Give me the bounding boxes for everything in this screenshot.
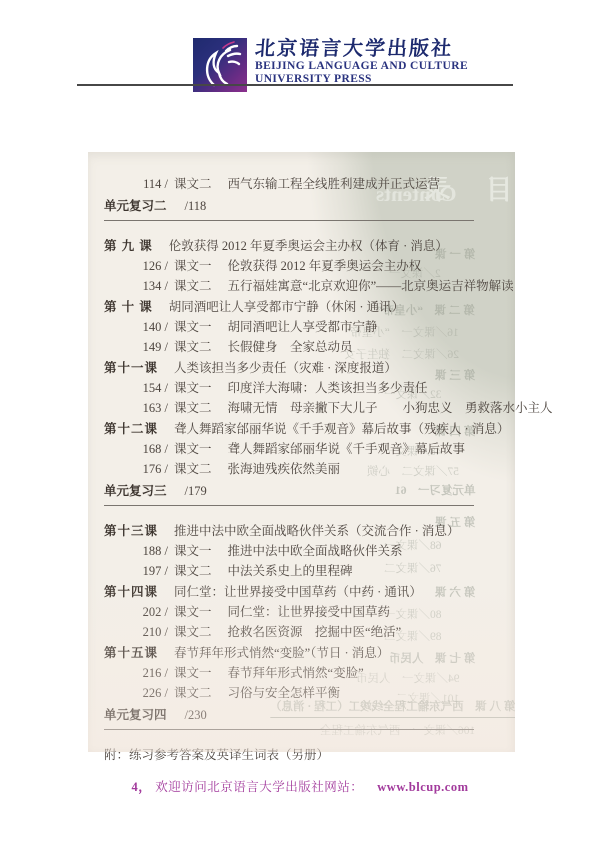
- toc-row-text: 210 /课文二抢救名医资源 挖掘中医“绝活”: [104, 622, 507, 642]
- toc-row-text: 188 /课文一推进中法中欧全面战略伙伴关系: [104, 541, 507, 561]
- footer-page-number: 4，: [131, 780, 151, 794]
- toc-row-lesson: 第十三课推进中法中欧全面战略伙伴关系（交流合作 · 消息）: [104, 521, 507, 541]
- toc-row-lesson: 第 九 课伦敦获得 2012 年夏季奥运会主办权（体育 · 消息）: [104, 236, 507, 256]
- toc-row-text: 197 /课文二中法关系史上的里程碑: [104, 561, 507, 581]
- toc-row-lesson: 第十二课聋人舞蹈家邰丽华说《千手观音》幕后故事（残疾人 · 消息）: [104, 419, 507, 439]
- page-footer: 4，欢迎访问北京语言大学出版社网站：www.blcup.com: [0, 777, 600, 795]
- toc-row-text: 140 /课文一胡同酒吧让人享受都市宁静: [104, 317, 507, 337]
- publisher-name-english-line1: BEIJING LANGUAGE AND CULTURE: [255, 60, 468, 73]
- toc-row-text: 176 /课文二张海迪残疾依然美丽: [104, 459, 507, 479]
- header-divider-line: [77, 84, 513, 86]
- toc-row-lesson: 第十四课同仁堂：让世界接受中国草药（中药 · 通讯）: [104, 582, 507, 602]
- toc-row-text: 134 /课文二五行福娃寓意“北京欢迎你”——北京奥运吉祥物解读: [104, 276, 507, 296]
- toc-row-text: 126 /课文一伦敦获得 2012 年夏季奥运会主办权: [104, 256, 507, 276]
- publisher-brand-text: 北京语言大学出版社 BEIJING LANGUAGE AND CULTURE U…: [255, 38, 468, 86]
- toc-row-text: 154 /课文一印度洋大海啸：人类该担当多少责任: [104, 378, 507, 398]
- toc-row-review: 单元复习二/118: [104, 196, 474, 221]
- toc-row-text: 114 /课文二西气东输工程全线胜利建成并正式运营: [104, 174, 507, 194]
- toc-row-lesson: 第 十 课胡同酒吧让人享受都市宁静（休闲 · 通讯）: [104, 297, 507, 317]
- toc-row-review: 单元复习四/230: [104, 705, 474, 730]
- toc-row-text: 163 /课文二海啸无情 母亲撇下大儿子 小狗忠义 勇救落水小主人: [104, 398, 507, 418]
- toc-row-text: 168 /课文一聋人舞蹈家邰丽华说《千手观音》幕后故事: [104, 439, 507, 459]
- toc-row-text: 149 /课文二长假健身 全家总动员: [104, 337, 507, 357]
- footer-website-url: www.blcup.com: [377, 780, 468, 794]
- table-of-contents: 114 /课文二西气东输工程全线胜利建成并正式运营单元复习二/118第 九 课伦…: [104, 174, 507, 765]
- toc-row-text: 202 /课文一同仁堂：让世界接受中国草药: [104, 602, 507, 622]
- scanned-page: 目 录Contents第 一 课2／课文一第 二 课 “小皇帝”16／课文一 “…: [88, 152, 515, 752]
- toc-row-appendix: 附：练习参考答案及英译生词表（另册）: [104, 745, 507, 765]
- toc-row-text: 226 /课文二习俗与安全怎样平衡: [104, 683, 507, 703]
- toc-row-text: 216 /课文一春节拜年形式悄然“变脸”: [104, 663, 507, 683]
- publisher-name-chinese: 北京语言大学出版社: [254, 38, 469, 60]
- toc-row-lesson: 第十五课春节拜年形式悄然“变脸”（节日 · 消息）: [104, 643, 507, 663]
- toc-row-review: 单元复习三/179: [104, 481, 474, 506]
- toc-row-lesson: 第十一课人类该担当多少责任（灾难 · 深度报道）: [104, 358, 507, 378]
- footer-welcome-text: 欢迎访问北京语言大学出版社网站：: [155, 780, 363, 794]
